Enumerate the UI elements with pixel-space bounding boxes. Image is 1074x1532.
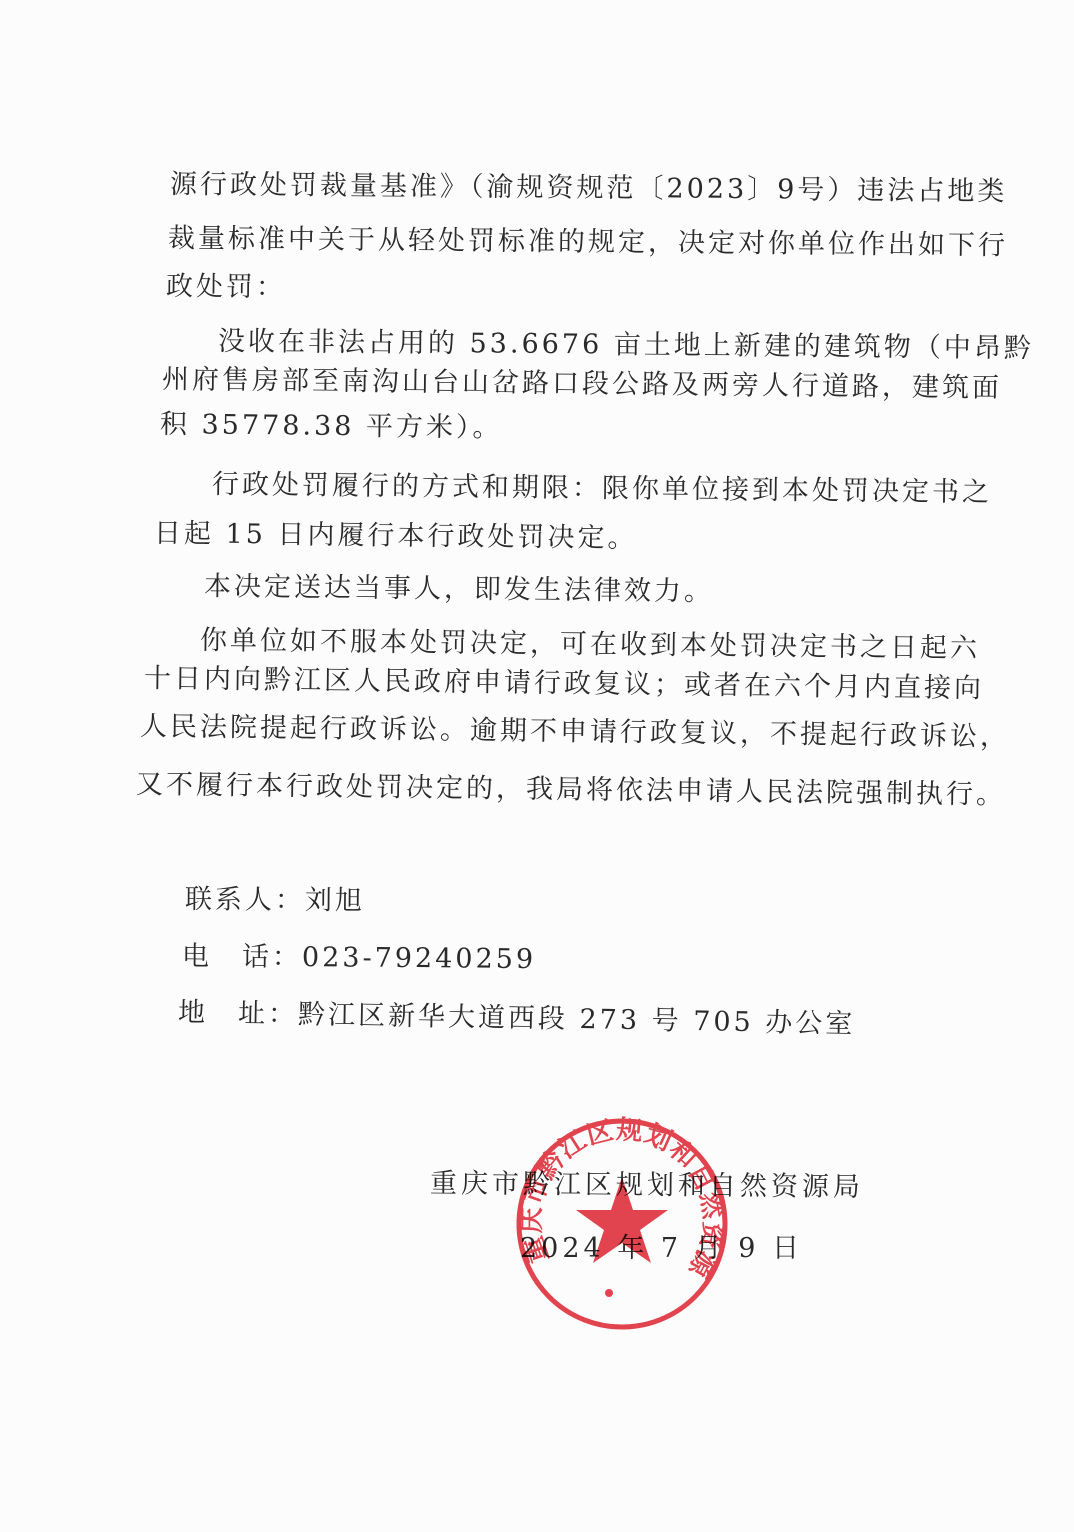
- contact-phone-row: 电 话：023-79240259: [182, 940, 536, 977]
- paragraph-2-line-3: 积 35778.38 平方米）。: [160, 408, 503, 446]
- paragraph-5-line-3: 人民法院提起行政诉讼。逾期不申请行政复议，不提起行政诉讼，: [140, 710, 1010, 755]
- paragraph-5-line-2: 十日内向黔江区人民政府申请行政复议；或者在六个月内直接向: [144, 662, 984, 706]
- contact-person-value: 刘旭: [305, 885, 365, 917]
- contact-phone-label: 电 话：: [182, 941, 302, 973]
- paragraph-2-line-2: 州府售房部至南沟山台山岔路口段公路及两旁人行道路，建筑面: [162, 363, 1002, 406]
- paragraph-3-line-2: 日起 15 日内履行本行政处罚决定。: [154, 517, 638, 556]
- contact-person-label: 联系人：: [185, 884, 305, 916]
- official-seal-icon: 重庆市黔江区规划和自然资源局: [513, 1115, 731, 1333]
- contact-address-row: 地 址：黔江区新华大道西段 273 号 705 办公室: [178, 996, 856, 1042]
- contact-person-row: 联系人：刘旭: [185, 883, 365, 919]
- star-icon: [576, 1177, 668, 1263]
- paragraph-1-line-1: 源行政处罚裁量基准》（渝规资规范〔2023〕9号）违法占地类: [170, 168, 1008, 209]
- paragraph-1-line-3: 政处罚：: [166, 270, 286, 305]
- paragraph-4-line-1: 本决定送达当事人，即发生法律效力。: [204, 570, 714, 609]
- paragraph-5-line-1: 你单位如不服本处罚决定，可在收到本处罚决定书之日起六: [200, 624, 980, 666]
- contact-phone-value: 023-79240259: [302, 942, 536, 975]
- paragraph-2-line-1: 没收在非法占用的 53.6676 亩土地上新建的建筑物（中昂黔: [218, 325, 1034, 366]
- contact-address-label: 地 址：: [178, 997, 299, 1030]
- paragraph-5-line-4: 又不履行本行政处罚决定的，我局将依法申请人民法院强制执行。: [136, 768, 1006, 813]
- contact-address-value: 黔江区新华大道西段 273 号 705 办公室: [298, 999, 856, 1040]
- paragraph-3-line-1: 行政处罚履行的方式和期限：限你单位接到本处罚决定书之: [212, 468, 992, 510]
- paragraph-1-line-2: 裁量标准中关于从轻处罚标准的规定，决定对你单位作出如下行: [168, 222, 1008, 263]
